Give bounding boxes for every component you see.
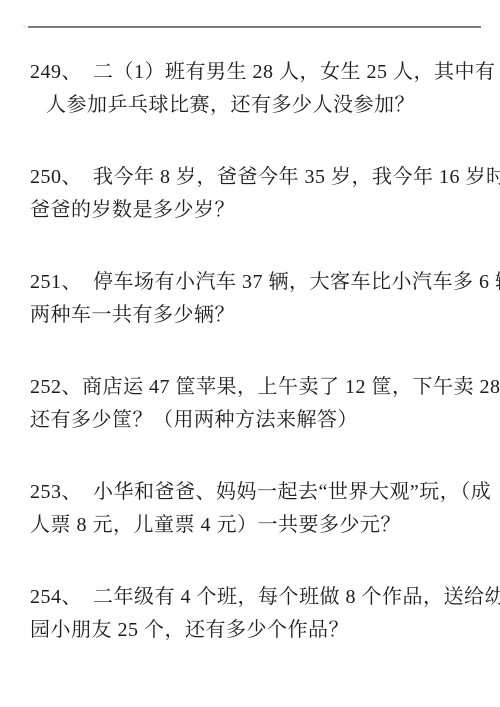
problems-list: 249、 二（1）班有男生 28 人，女生 25 人，其中有 27 人参加乒乓球…: [30, 56, 490, 686]
problem-line: 249、 二（1）班有男生 28 人，女生 25 人，其中有 27: [30, 56, 490, 89]
problem-line: 两种车一共有多少辆？: [30, 299, 490, 332]
top-divider-line: [28, 26, 481, 28]
problem-line: 250、 我今年 8 岁，爸爸今年 35 岁，我今年 16 岁时，: [30, 161, 490, 194]
problem-252: 252、商店运 47 筐苹果，上午卖了 12 筐，下午卖 28 筐， 还有多少筐…: [30, 371, 490, 437]
problem-line: 爸爸的岁数是多少岁？: [30, 194, 490, 227]
problem-line: 人参加乒乓球比赛，还有多少人没参加？: [30, 89, 490, 122]
problem-250: 250、 我今年 8 岁，爸爸今年 35 岁，我今年 16 岁时， 爸爸的岁数是…: [30, 161, 490, 227]
problem-251: 251、 停车场有小汽车 37 辆，大客车比小汽车多 6 辆， 两种车一共有多少…: [30, 266, 490, 332]
problem-line: 园小朋友 25 个，还有多少个作品？: [30, 614, 490, 647]
math-worksheet-page: 249、 二（1）班有男生 28 人，女生 25 人，其中有 27 人参加乒乓球…: [0, 0, 500, 707]
problem-line: 251、 停车场有小汽车 37 辆，大客车比小汽车多 6 辆，: [30, 266, 490, 299]
problem-253: 253、 小华和爸爸、妈妈一起去“世界大观”玩，（成 人票 8 元，儿童票 4 …: [30, 476, 490, 542]
problem-line: 还有多少筐？（用两种方法来解答）: [30, 404, 490, 437]
problem-line: 252、商店运 47 筐苹果，上午卖了 12 筐，下午卖 28 筐，: [30, 371, 490, 404]
problem-line: 253、 小华和爸爸、妈妈一起去“世界大观”玩，（成: [30, 476, 490, 509]
problem-line: 人票 8 元，儿童票 4 元）一共要多少元？: [30, 509, 490, 542]
problem-249: 249、 二（1）班有男生 28 人，女生 25 人，其中有 27 人参加乒乓球…: [30, 56, 490, 122]
problem-254: 254、 二年级有 4 个班，每个班做 8 个作品，送给幼儿 园小朋友 25 个…: [30, 581, 490, 647]
problem-line: 254、 二年级有 4 个班，每个班做 8 个作品，送给幼儿: [30, 581, 490, 614]
